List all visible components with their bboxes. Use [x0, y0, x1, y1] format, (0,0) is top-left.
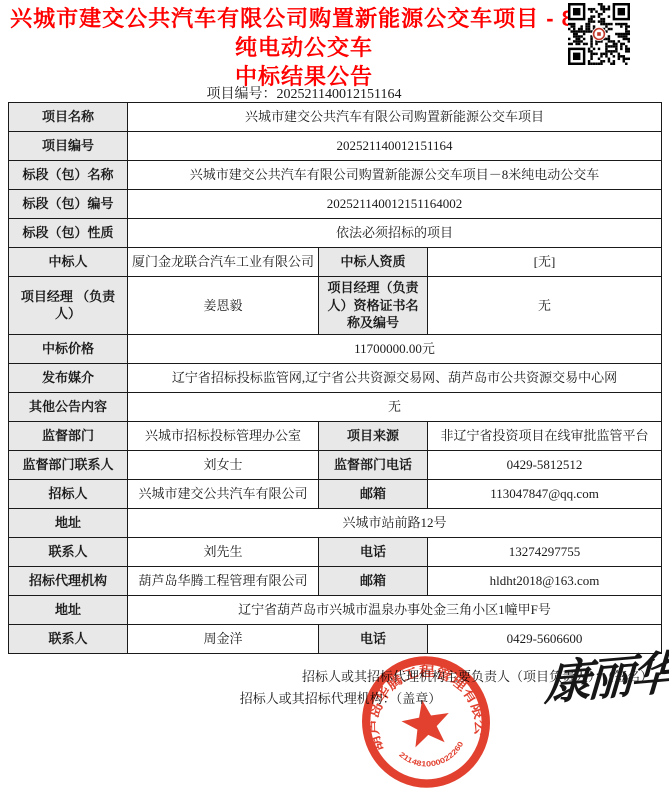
table-cell-value: 葫芦岛华腾工程管理有限公司 [128, 566, 319, 595]
table-cell-label: 项目名称 [9, 103, 128, 132]
table-cell-value: 113047847@qq.com [428, 479, 662, 508]
page-title-line2: 纯电动公交车 [0, 33, 608, 62]
table-cell-label: 联系人 [9, 624, 128, 653]
table-cell-label: 邮箱 [319, 566, 428, 595]
table-row: 标段（包）性质依法必须招标的项目 [9, 219, 662, 248]
table-cell-value: [无] [428, 248, 662, 277]
table-cell-label: 招标代理机构 [9, 566, 128, 595]
table-cell-label: 中标人 [9, 248, 128, 277]
table-cell-label: 地址 [9, 595, 128, 624]
table-cell-value: 刘女士 [128, 450, 319, 479]
table-cell-label: 地址 [9, 508, 128, 537]
table-cell-value: 刘先生 [128, 537, 319, 566]
table-row: 项目名称兴城市建交公共汽车有限公司购置新能源公交车项目 [9, 103, 662, 132]
announcement-page: 兴城市建交公共汽车有限公司购置新能源公交车项目 - 8米 纯电动公交车 中标结果… [0, 0, 669, 795]
table-row: 项目经理 （负责人）姜恩毅项目经理（负责人）资格证书名称及编号无 [9, 277, 662, 335]
table-cell-value: hldht2018@163.com [428, 566, 662, 595]
table-cell-value: 兴城市建交公共汽车有限公司购置新能源公交车项目－8米纯电动公交车 [128, 161, 662, 190]
table-cell-label: 标段（包）编号 [9, 190, 128, 219]
table-row: 联系人刘先生电话13274297755 [9, 537, 662, 566]
table-row: 标段（包）名称兴城市建交公共汽车有限公司购置新能源公交车项目－8米纯电动公交车 [9, 161, 662, 190]
page-title: 兴城市建交公共汽车有限公司购置新能源公交车项目 - 8米 纯电动公交车 中标结果… [0, 4, 608, 91]
table-cell-value: 兴城市站前路12号 [128, 508, 662, 537]
table-cell-value: 周金洋 [128, 624, 319, 653]
table-cell-value: 无 [428, 277, 662, 335]
table-cell-label: 电话 [319, 537, 428, 566]
company-seal: 葫芦岛华腾工程管理有限公司 211481000022260 [356, 652, 496, 792]
table-cell-value: 202521140012151164 [128, 132, 662, 161]
table-cell-label: 标段（包）性质 [9, 219, 128, 248]
table-row: 地址兴城市站前路12号 [9, 508, 662, 537]
table-row: 地址辽宁省葫芦岛市兴城市温泉办事处金三角小区1幢甲F号 [9, 595, 662, 624]
table-cell-value: 依法必须招标的项目 [128, 219, 662, 248]
handwritten-signature: 康丽华 [544, 636, 669, 714]
table-cell-label: 项目编号 [9, 132, 128, 161]
table-row: 发布媒介辽宁省招标投标监管网,辽宁省公共资源交易网、葫芦岛市公共资源交易中心网 [9, 363, 662, 392]
table-cell-value: 姜恩毅 [128, 277, 319, 335]
table-row: 监督部门联系人刘女士监督部门电话0429-5812512 [9, 450, 662, 479]
table-cell-value: 非辽宁省投资项目在线审批监管平台 [428, 421, 662, 450]
project-number-line: 项目编号：202521140012151164 [0, 83, 608, 103]
seal-code-text: 211481000022260 [396, 739, 468, 774]
table-cell-label: 中标价格 [9, 334, 128, 363]
table-cell-label: 监督部门 [9, 421, 128, 450]
table-cell-label: 监督部门联系人 [9, 450, 128, 479]
table-cell-value: 0429-5812512 [428, 450, 662, 479]
table-cell-value: 兴城市建交公共汽车有限公司购置新能源公交车项目 [128, 103, 662, 132]
page-title-line1: 兴城市建交公共汽车有限公司购置新能源公交车项目 - 8米 [0, 4, 608, 33]
table-cell-label: 联系人 [9, 537, 128, 566]
table-row: 招标代理机构葫芦岛华腾工程管理有限公司邮箱hldht2018@163.com [9, 566, 662, 595]
svg-text:211481000022260: 211481000022260 [396, 739, 468, 774]
table-cell-value: 202521140012151164002 [128, 190, 662, 219]
table-cell-label: 中标人资质 [319, 248, 428, 277]
table-cell-label: 发布媒介 [9, 363, 128, 392]
table-cell-label: 项目来源 [319, 421, 428, 450]
table-row: 项目编号202521140012151164 [9, 132, 662, 161]
table-cell-label: 监督部门电话 [319, 450, 428, 479]
table-cell-label: 电话 [319, 624, 428, 653]
table-cell-label: 项目经理（负责人）资格证书名称及编号 [319, 277, 428, 335]
table-row: 中标人厦门金龙联合汽车工业有限公司中标人资质[无] [9, 248, 662, 277]
table-cell-label: 项目经理 （负责人） [9, 277, 128, 335]
table-row: 标段（包）编号202521140012151164002 [9, 190, 662, 219]
qr-code-icon [568, 3, 630, 65]
announcement-table-body: 项目名称兴城市建交公共汽车有限公司购置新能源公交车项目项目编号202521140… [9, 103, 662, 654]
table-cell-value: 无 [128, 392, 662, 421]
table-row: 中标价格11700000.00元 [9, 334, 662, 363]
table-cell-label: 邮箱 [319, 479, 428, 508]
table-cell-value: 厦门金龙联合汽车工业有限公司 [128, 248, 319, 277]
table-cell-label: 其他公告内容 [9, 392, 128, 421]
table-cell-label: 招标人 [9, 479, 128, 508]
seal-star-icon [398, 696, 453, 749]
table-cell-label: 标段（包）名称 [9, 161, 128, 190]
announcement-table: 项目名称兴城市建交公共汽车有限公司购置新能源公交车项目项目编号202521140… [8, 102, 662, 654]
table-cell-value: 兴城市招标投标管理办公室 [128, 421, 319, 450]
table-row: 其他公告内容无 [9, 392, 662, 421]
table-cell-value: 辽宁省葫芦岛市兴城市温泉办事处金三角小区1幢甲F号 [128, 595, 662, 624]
table-cell-value: 兴城市建交公共汽车有限公司 [128, 479, 319, 508]
table-cell-value: 辽宁省招标投标监管网,辽宁省公共资源交易网、葫芦岛市公共资源交易中心网 [128, 363, 662, 392]
table-cell-value: 11700000.00元 [128, 334, 662, 363]
table-row: 监督部门兴城市招标投标管理办公室项目来源非辽宁省投资项目在线审批监管平台 [9, 421, 662, 450]
table-row: 招标人兴城市建交公共汽车有限公司邮箱113047847@qq.com [9, 479, 662, 508]
table-cell-value: 13274297755 [428, 537, 662, 566]
